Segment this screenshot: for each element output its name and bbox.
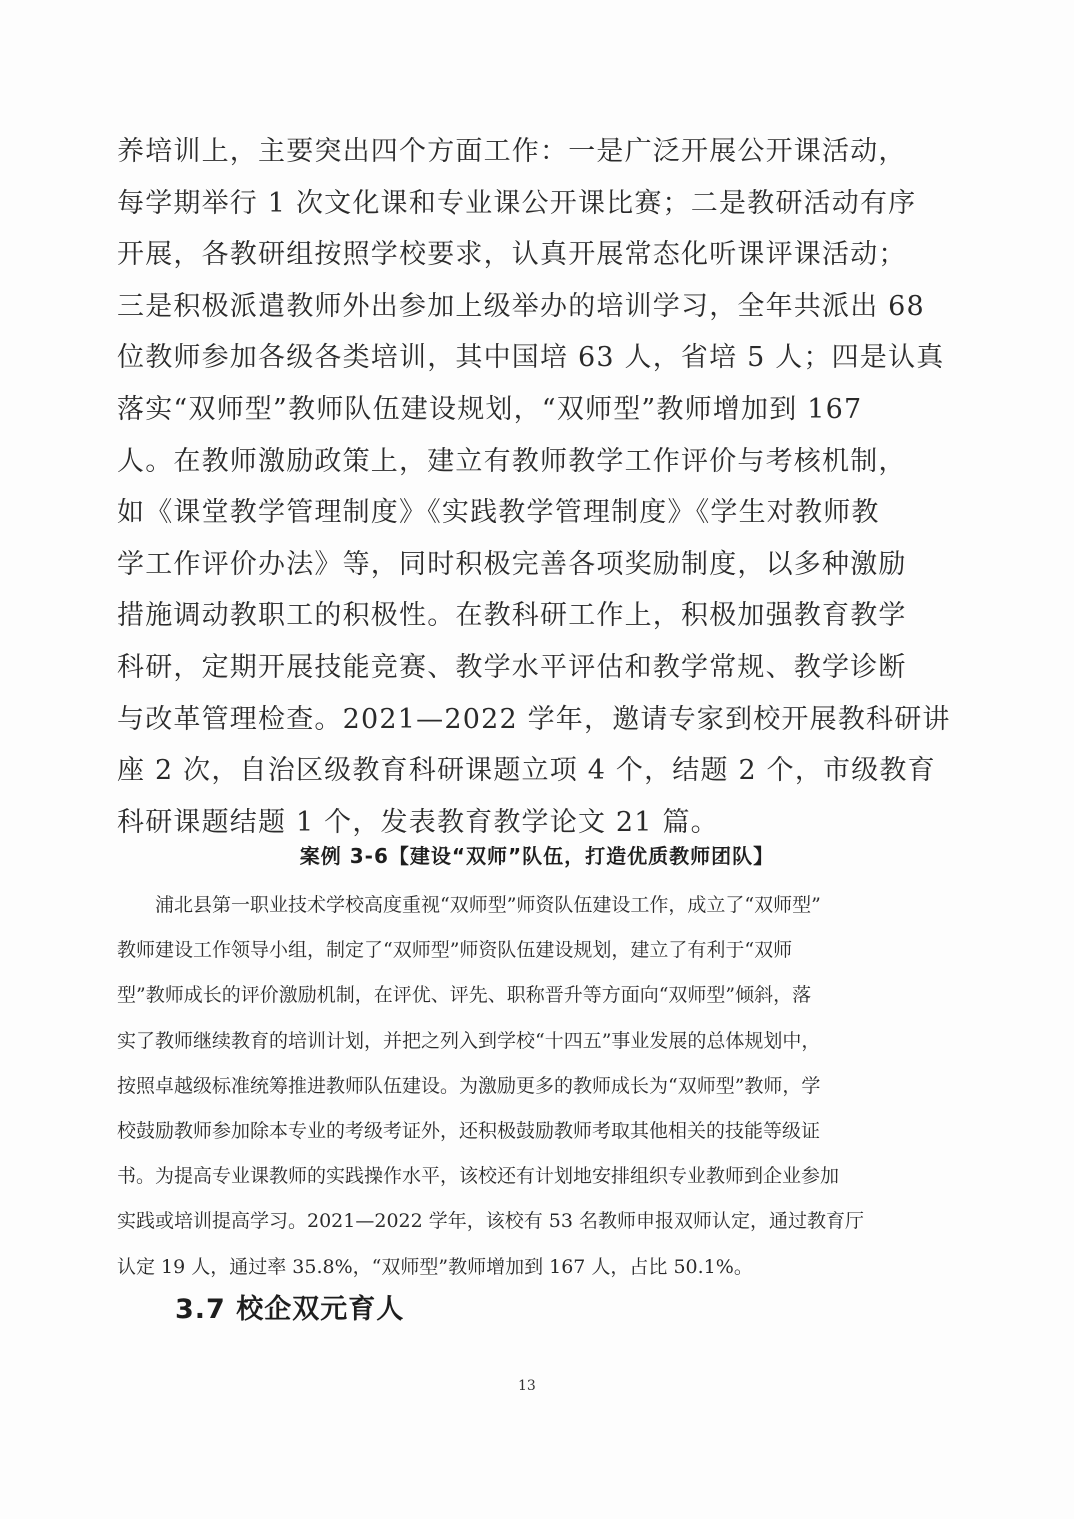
body-line: 位教师参加各级各类培训，其中国培 63 人，省培 5 人；四是认真 xyxy=(117,332,947,384)
body-line: 落实“双师型”教师队伍建设规划，“双师型”教师增加到 167 xyxy=(117,384,947,436)
page-number: 13 xyxy=(518,1378,536,1394)
body-paragraph: 养培训上，主要突出四个方面工作：一是广泛开展公开课活动， 每学期举行 1 次文化… xyxy=(117,126,947,848)
case-study-body: 浦北县第一职业技术学校高度重视“双师型”师资队伍建设工作，成立了“双师型” 教师… xyxy=(117,883,947,1290)
case-line: 型”教师成长的评价激励机制，在评优、评先、职称晋升等方面向“双师型”倾斜，落 xyxy=(117,973,947,1018)
body-line: 养培训上，主要突出四个方面工作：一是广泛开展公开课活动， xyxy=(117,126,947,178)
case-line: 教师建设工作领导小组，制定了“双师型”师资队伍建设规划，建立了有利于“双师 xyxy=(117,928,947,973)
body-line: 每学期举行 1 次文化课和专业课公开课比赛；二是教研活动有序 xyxy=(117,178,947,230)
body-line: 与改革管理检查。2021—2022 学年，邀请专家到校开展教科研讲 xyxy=(117,694,947,746)
case-line: 浦北县第一职业技术学校高度重视“双师型”师资队伍建设工作，成立了“双师型” xyxy=(117,883,947,928)
case-line: 校鼓励教师参加除本专业的考级考证外，还积极鼓励教师考取其他相关的技能等级证 xyxy=(117,1109,947,1154)
case-line: 实了教师继续教育的培训计划，并把之列入到学校“十四五”事业发展的总体规划中， xyxy=(117,1019,947,1064)
body-line: 开展，各教研组按照学校要求，认真开展常态化听课评课活动； xyxy=(117,229,947,281)
case-line: 认定 19 人，通过率 35.8%，“双师型”教师增加到 167 人，占比 50… xyxy=(117,1245,947,1290)
body-line: 座 2 次，自治区级教育科研课题立项 4 个，结题 2 个，市级教育 xyxy=(117,745,947,797)
body-line: 三是积极派遣教师外出参加上级举办的培训学习，全年共派出 68 xyxy=(117,281,947,333)
document-page: 养培训上，主要突出四个方面工作：一是广泛开展公开课活动， 每学期举行 1 次文化… xyxy=(0,0,1074,1519)
body-line: 人。在教师激励政策上，建立有教师教学工作评价与考核机制， xyxy=(117,436,947,488)
body-line: 科研，定期开展技能竞赛、教学水平评估和教学常规、教学诊断 xyxy=(117,642,947,694)
body-line: 学工作评价办法》等，同时积极完善各项奖励制度，以多种激励 xyxy=(117,539,947,591)
case-line: 书。为提高专业课教师的实践操作水平，该校还有计划地安排组织专业教师到企业参加 xyxy=(117,1154,947,1199)
case-line: 实践或培训提高学习。2021—2022 学年，该校有 53 名教师申报双师认定，… xyxy=(117,1199,947,1244)
case-study-title: 案例 3-6【建设“双师”队伍，打造优质教师团队】 xyxy=(0,840,1074,869)
body-line: 措施调动教职工的积极性。在教科研工作上，积极加强教育教学 xyxy=(117,590,947,642)
case-line: 按照卓越级标准统筹推进教师队伍建设。为激励更多的教师成长为“双师型”教师，学 xyxy=(117,1064,947,1109)
section-heading: 3.7 校企双元育人 xyxy=(175,1287,404,1326)
body-line: 如《课堂教学管理制度》《实践教学管理制度》《学生对教师教 xyxy=(117,487,947,539)
